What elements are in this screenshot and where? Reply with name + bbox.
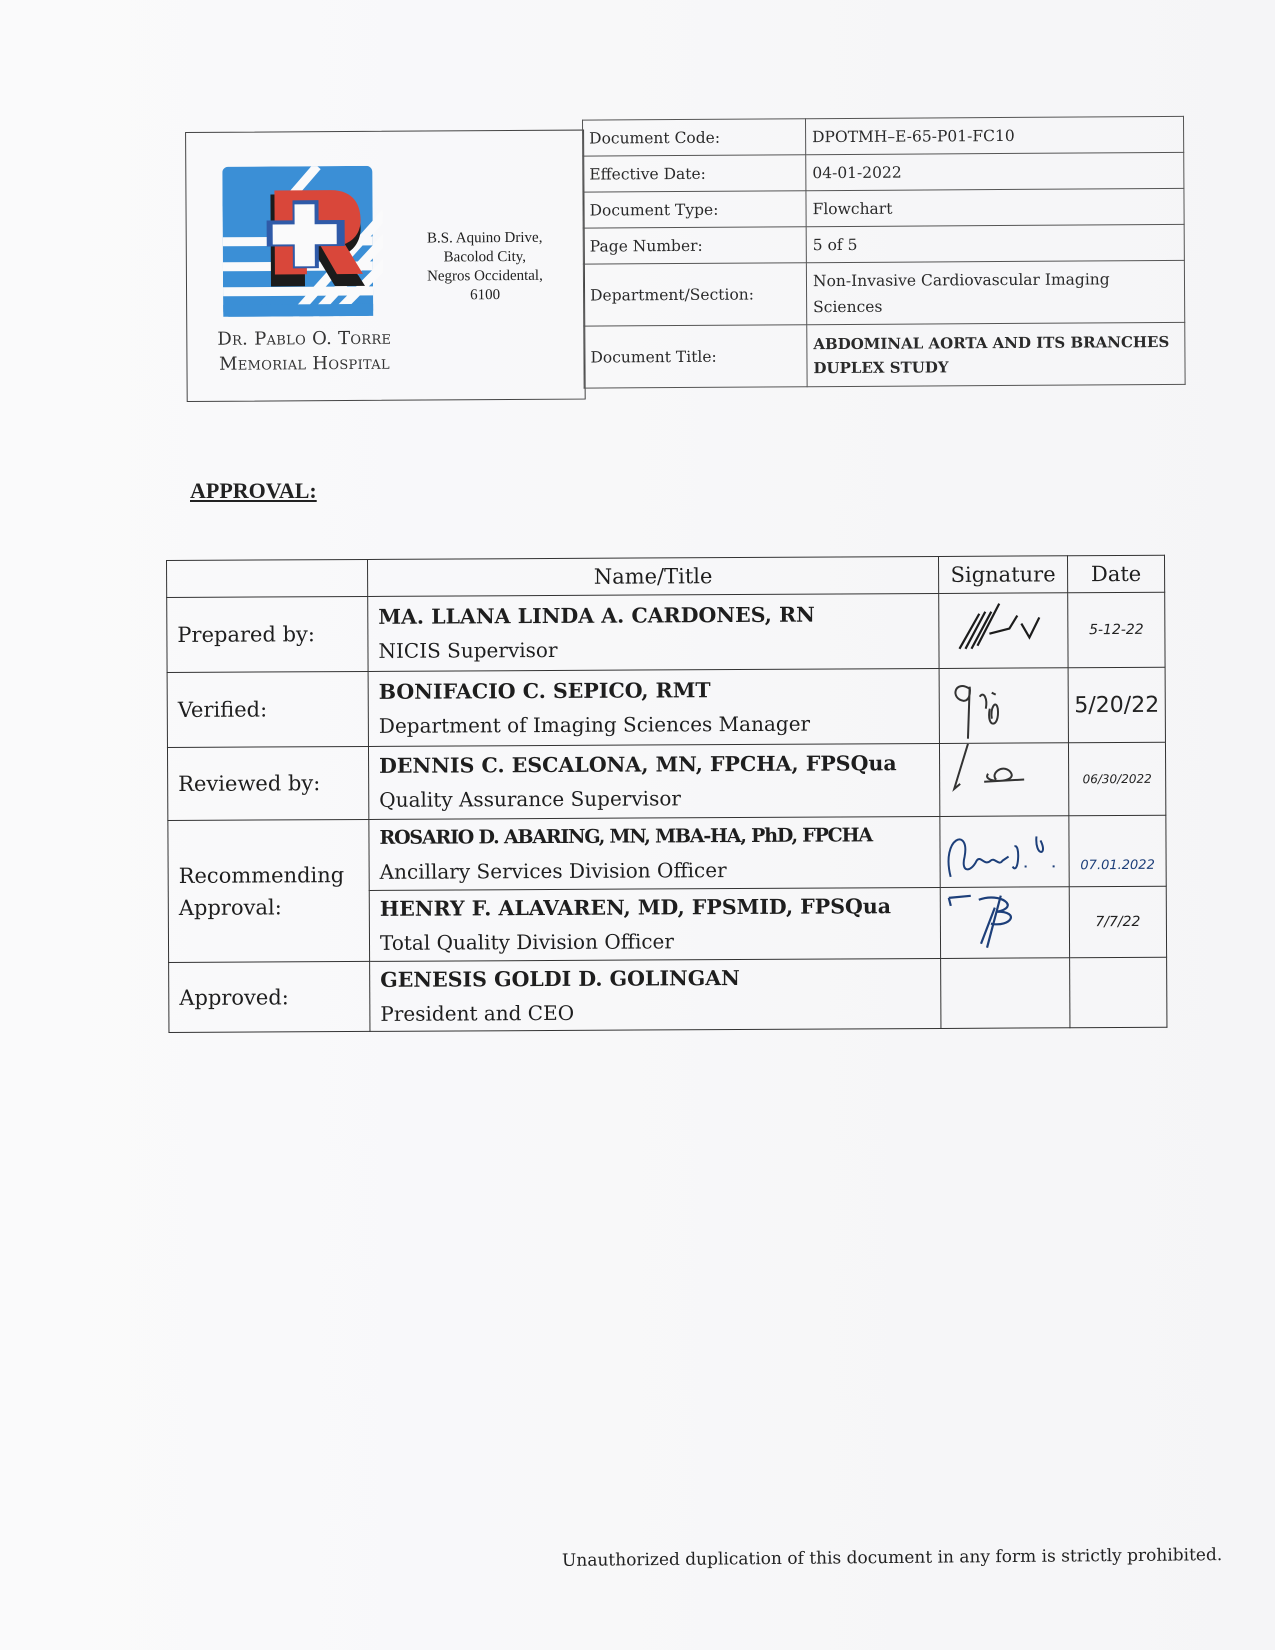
signature-cell-empty: [941, 958, 1070, 1029]
approval-table: Name/Title Signature Date Prepared by: M…: [166, 555, 1167, 1033]
document-page: Dr. Pablo O. Torre Memorial Hospital B.S…: [0, 0, 1275, 1650]
handwritten-signature-icon: [939, 593, 1067, 664]
document-metadata-table: Document Code: DPOTMH–E-65-P01-FC10 Effe…: [582, 116, 1186, 389]
hospital-cross-r-logo-icon: [222, 166, 383, 329]
hospital-name: Dr. Pablo O. Torre Memorial Hospital: [189, 326, 419, 377]
meta-row-document-title: Document Title: ABDOMINAL AORTA AND ITS …: [584, 322, 1185, 388]
approver-title: President and CEO: [380, 994, 930, 1031]
handwritten-signature-icon: [940, 743, 1068, 812]
approver-title: NICIS Supervisor: [378, 631, 928, 668]
approver-title: Ancillary Services Division Officer: [380, 852, 930, 889]
signature-cell: [940, 816, 1069, 888]
signature-cell: [939, 668, 1068, 744]
handwritten-signature-icon: [940, 668, 1068, 739]
approval-row-reviewed: Reviewed by: DENNIS C. ESCALONA, MN, FPC…: [167, 742, 1165, 820]
meta-row-document-code: Document Code: DPOTMH–E-65-P01-FC10: [582, 116, 1183, 156]
approver-title: Total Quality Division Officer: [380, 923, 930, 960]
meta-row-page-number: Page Number: 5 of 5: [583, 224, 1184, 264]
approval-heading: APPROVAL:: [190, 478, 317, 504]
approver-name: ROSARIO D. ABARING, MN, MBA-HA, PhD, FPC…: [379, 818, 929, 855]
role-recommending-approval: Recommending Approval:: [168, 819, 370, 962]
meta-row-effective-date: Effective Date: 04-01-2022: [583, 152, 1184, 192]
sign-date: 06/30/2022: [1069, 772, 1165, 787]
sign-date: 07.01.2022: [1069, 829, 1165, 873]
approver-title: Department of Imaging Sciences Manager: [379, 706, 929, 743]
date-cell-empty: [1070, 957, 1167, 1028]
sign-date: 5-12-22: [1068, 622, 1164, 639]
sign-date: 5/20/22: [1069, 692, 1165, 718]
approver-name: DENNIS C. ESCALONA, MN, FPCHA, FPSQua: [379, 746, 929, 783]
approver-name: HENRY F. ALAVAREN, MD, FPSMID, FPSQua: [380, 889, 930, 926]
handwritten-signature-icon: [941, 887, 1069, 954]
meta-row-document-type: Document Type: Flowchart: [583, 188, 1184, 228]
approver-name: BONIFACIO C. SEPICO, RMT: [379, 672, 929, 709]
hospital-identity-box: Dr. Pablo O. Torre Memorial Hospital B.S…: [185, 130, 586, 402]
hospital-address: B.S. Aquino Drive, Bacolod City, Negros …: [415, 229, 555, 306]
signature-cell: [939, 593, 1068, 669]
approval-header-row: Name/Title Signature Date: [167, 555, 1165, 597]
approval-row-prepared: Prepared by: MA. LLANA LINDA A. CARDONES…: [167, 592, 1165, 672]
meta-row-department: Department/Section: Non-Invasive Cardiov…: [583, 260, 1184, 326]
signature-cell: [939, 743, 1068, 817]
sign-date: 7/7/22: [1070, 914, 1166, 931]
approver-title: Quality Assurance Supervisor: [379, 780, 929, 817]
approver-name: MA. LLANA LINDA A. CARDONES, RN: [378, 597, 928, 634]
signature-cell: [940, 887, 1069, 959]
approval-row-verified: Verified: BONIFACIO C. SEPICO, RMT Depar…: [167, 667, 1165, 747]
approval-row-approved: Approved: GENESIS GOLDI D. GOLINGAN Pres…: [169, 957, 1167, 1032]
document-header: Dr. Pablo O. Torre Memorial Hospital B.S…: [185, 116, 1187, 412]
approver-name: GENESIS GOLDI D. GOLINGAN: [380, 960, 930, 997]
approval-table-wrapper: Name/Title Signature Date Prepared by: M…: [166, 555, 1167, 1033]
duplication-notice: Unauthorized duplication of this documen…: [562, 1545, 1222, 1571]
handwritten-signature-icon: [940, 816, 1068, 883]
approval-row-recommending-1: Recommending Approval: ROSARIO D. ABARIN…: [168, 815, 1166, 891]
